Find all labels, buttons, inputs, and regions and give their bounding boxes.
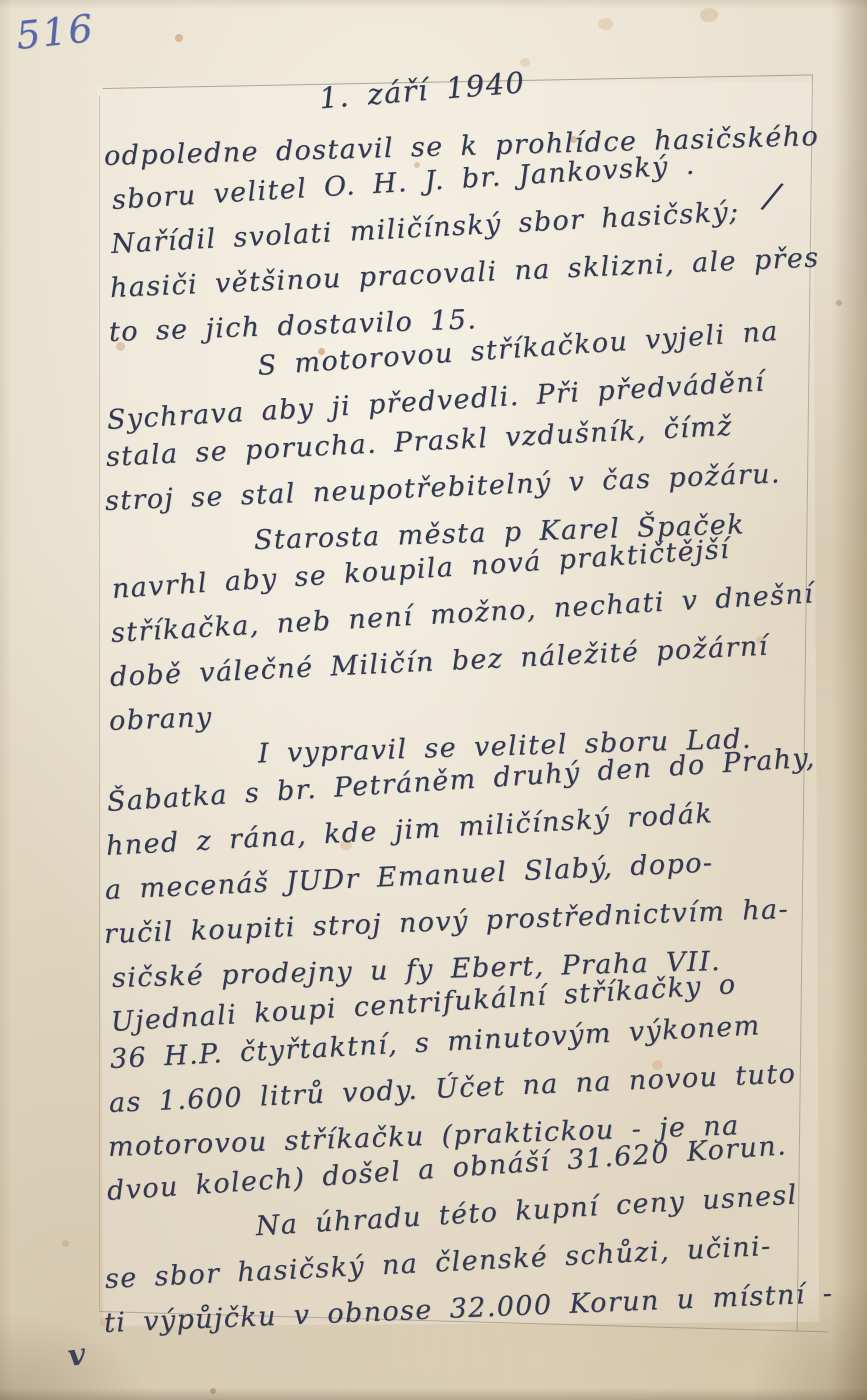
page-edge-shadow-top bbox=[0, 0, 867, 9]
handwritten-lines: odpoledne dostavil se k prohlídce hasičs… bbox=[108, 138, 832, 1342]
foxing-spot bbox=[598, 18, 613, 30]
page-edge-shadow-left bbox=[0, 0, 12, 1400]
pencil-frame-left bbox=[99, 96, 100, 1312]
page-number: 516 bbox=[14, 6, 97, 58]
page-edge-shadow-right bbox=[831, 0, 867, 1400]
foxing-spot bbox=[700, 8, 718, 22]
corner-shadow-bottom-right bbox=[747, 1280, 867, 1400]
foxing-spot bbox=[175, 34, 183, 42]
foxing-spot bbox=[62, 1240, 69, 1247]
chronicle-page-photo: 516 1. září 1940 odpoledne dostavil se k… bbox=[0, 0, 867, 1400]
handwritten-text-block: 1. září 1940 odpoledne dostavil se k pro… bbox=[108, 92, 832, 1342]
corner-shadow-bottom-left bbox=[0, 1310, 150, 1400]
